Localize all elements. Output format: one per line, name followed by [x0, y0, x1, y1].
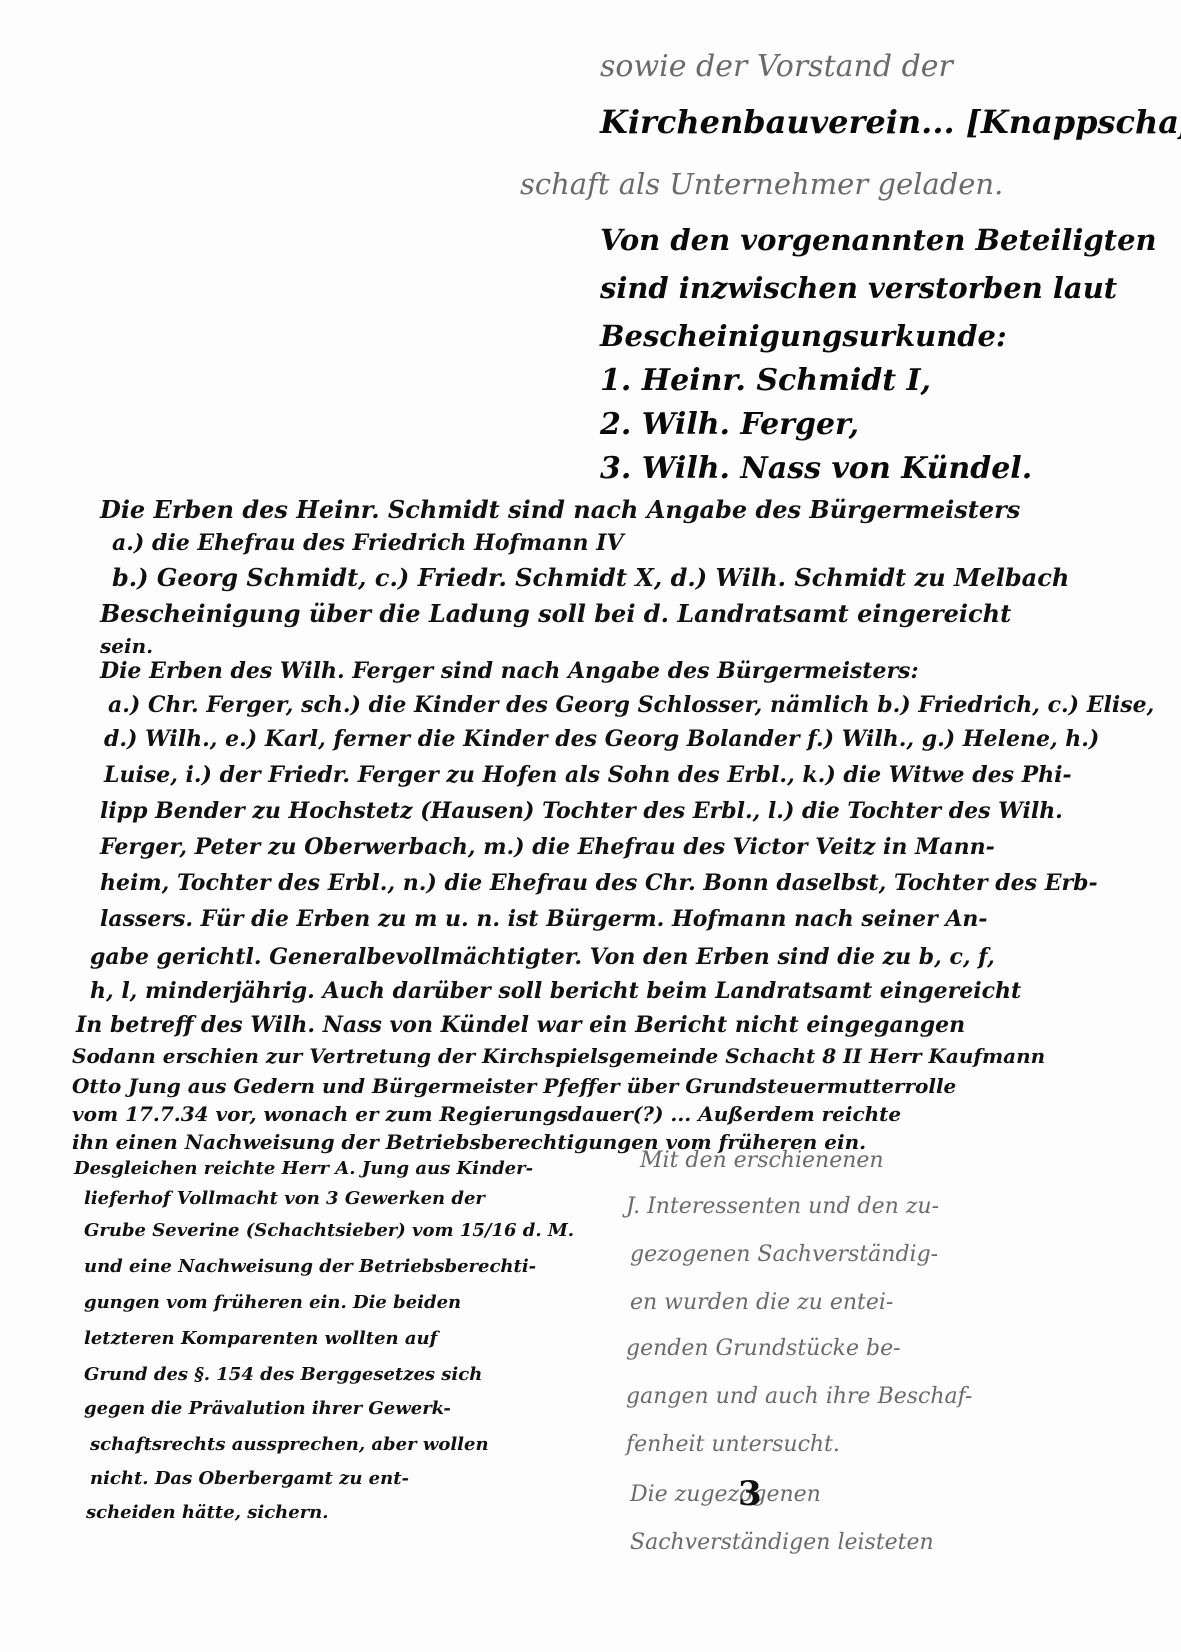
- handwritten-line: Otto Jung aus Gedern und Bürgermeister P…: [72, 1076, 956, 1096]
- handwritten-line: In betreff des Wilh. Nass von Kündel war…: [76, 1014, 965, 1036]
- handwritten-line: gezogenen Sachverständig-: [630, 1244, 938, 1266]
- handwritten-line: genden Grundstücke be-: [626, 1338, 901, 1360]
- handwritten-line: gabe gerichtl. Generalbevollmächtigter. …: [90, 946, 995, 968]
- handwritten-line: scheiden hätte, sichern.: [86, 1504, 329, 1522]
- handwritten-line: b.) Georg Schmidt, c.) Friedr. Schmidt X…: [112, 566, 1069, 590]
- handwritten-line: Bescheinigung über die Ladung soll bei d…: [100, 602, 1011, 626]
- handwritten-line: lieferhof Vollmacht von 3 Gewerken der: [84, 1190, 485, 1208]
- handwritten-line: Von den vorgenannten Beteiligten: [600, 226, 1157, 255]
- handwritten-line: Bescheinigungsurkunde:: [600, 322, 1007, 351]
- handwritten-line: schaftsrechts aussprechen, aber wollen: [90, 1436, 489, 1454]
- handwritten-line: und eine Nachweisung der Betriebsberecht…: [84, 1258, 536, 1276]
- handwritten-line: sind inzwischen verstorben laut: [600, 274, 1117, 303]
- handwritten-line: Grube Severine (Schachtsieber) vom 15/16…: [84, 1222, 574, 1240]
- handwritten-line: heim, Tochter des Erbl., n.) die Ehefrau…: [100, 872, 1098, 894]
- handwritten-line: sowie der Vorstand der: [600, 52, 953, 82]
- handwritten-line: Kirchenbauverein... [Knappschafts-]gesel…: [600, 106, 1181, 138]
- handwritten-line: Ferger, Peter zu Oberwerbach, m.) die Eh…: [100, 836, 995, 858]
- handwritten-line: Sachverständigen leisteten: [630, 1532, 934, 1554]
- handwritten-line: Sodann erschien zur Vertretung der Kirch…: [72, 1046, 1045, 1066]
- handwritten-line: Desgleichen reichte Herr A. Jung aus Kin…: [74, 1160, 533, 1178]
- handwritten-line: letzteren Komparenten wollten auf: [84, 1330, 437, 1348]
- handwritten-line: Mit den erschienenen: [640, 1150, 884, 1172]
- handwritten-line: gangen und auch ihre Beschaf-: [626, 1386, 972, 1408]
- page-number: 3: [738, 1474, 762, 1514]
- handwritten-line: gegen die Prävalution ihrer Gewerk-: [84, 1400, 451, 1418]
- handwritten-line: Luise, i.) der Friedr. Ferger zu Hofen a…: [104, 764, 1072, 786]
- handwritten-line: d.) Wilh., e.) Karl, ferner die Kinder d…: [104, 728, 1099, 750]
- handwritten-line: en wurden die zu entei-: [630, 1292, 893, 1314]
- handwritten-line: gungen vom früheren ein. Die beiden: [84, 1294, 461, 1312]
- handwritten-line: fenheit untersucht.: [626, 1434, 840, 1456]
- handwritten-line: sein.: [100, 636, 153, 656]
- manuscript-page: sowie der Vorstand der Kirchenbauverein.…: [0, 0, 1181, 1652]
- handwritten-line: schaft als Unternehmer geladen.: [520, 170, 1003, 199]
- handwritten-line: a.) die Ehefrau des Friedrich Hofmann IV: [112, 532, 624, 554]
- handwritten-line: a.) Chr. Ferger, sch.) die Kinder des Ge…: [108, 694, 1154, 716]
- handwritten-line: Die Erben des Heinr. Schmidt sind nach A…: [100, 498, 1020, 522]
- handwritten-line: Grund des §. 154 des Berggesetzes sich: [84, 1366, 482, 1384]
- deceased-list-item: 1. Heinr. Schmidt I,: [600, 366, 931, 396]
- handwritten-line: nicht. Das Oberbergamt zu ent-: [90, 1470, 409, 1488]
- deceased-list-item: 2. Wilh. Ferger,: [600, 410, 859, 440]
- handwritten-line: vom 17.7.34 vor, wonach er zum Regierung…: [72, 1104, 901, 1124]
- handwritten-line: h, l, minderjährig. Auch darüber soll be…: [90, 980, 1021, 1002]
- handwritten-line: Die zugezogenen: [630, 1484, 821, 1506]
- handwritten-line: lassers. Für die Erben zu m u. n. ist Bü…: [100, 908, 988, 930]
- handwritten-line: Die Erben des Wilh. Ferger sind nach Ang…: [100, 660, 919, 682]
- handwritten-line: J. Interessenten und den zu-: [626, 1196, 939, 1218]
- handwritten-line: lipp Bender zu Hochstetz (Hausen) Tochte…: [100, 800, 1063, 822]
- deceased-list-item: 3. Wilh. Nass von Kündel.: [600, 454, 1032, 484]
